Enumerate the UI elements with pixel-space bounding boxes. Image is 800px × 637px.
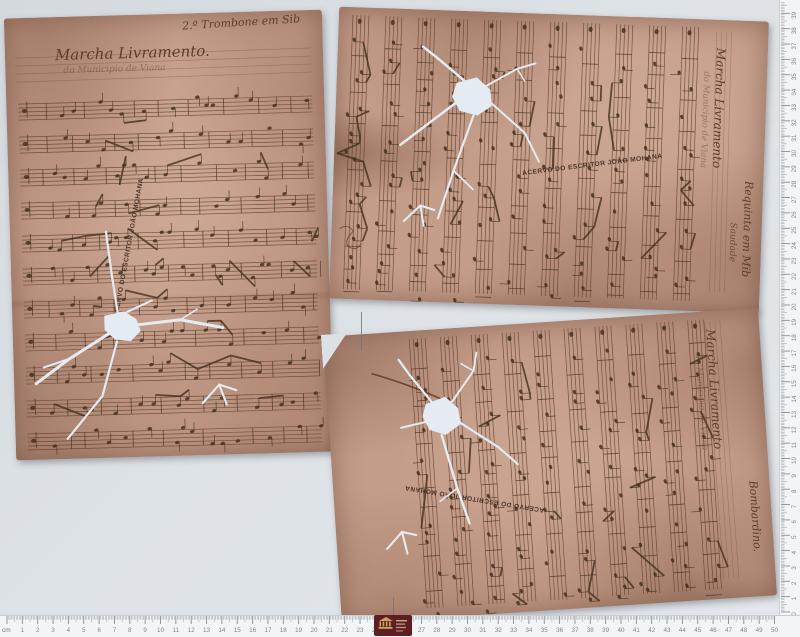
archive-logo-building-icon [374, 615, 412, 636]
part-note-top-right: Saudade [727, 222, 738, 262]
svg-text:43: 43 [664, 627, 672, 634]
svg-text:28: 28 [791, 180, 798, 188]
svg-text:37: 37 [571, 627, 579, 634]
svg-text:9: 9 [791, 474, 798, 478]
archive-stamp-bottom-right: ACERVO DO ESCRITOR JOÃO MOHANA [404, 484, 544, 513]
svg-text:47: 47 [725, 627, 733, 634]
svg-text:11: 11 [173, 627, 180, 634]
svg-text:17: 17 [791, 349, 798, 357]
svg-text:34: 34 [791, 88, 798, 96]
svg-text:31: 31 [791, 134, 798, 142]
part-label-top-right: Requinta em Mib [739, 181, 755, 278]
svg-text:29: 29 [449, 627, 457, 634]
svg-text:5: 5 [791, 535, 798, 539]
svg-text:40: 40 [617, 627, 625, 634]
svg-text:35: 35 [541, 627, 549, 634]
svg-text:15: 15 [234, 627, 242, 634]
svg-text:27: 27 [418, 627, 426, 634]
svg-text:36: 36 [791, 57, 798, 65]
svg-text:39: 39 [602, 627, 610, 634]
svg-text:4: 4 [791, 550, 798, 554]
svg-text:33: 33 [791, 103, 798, 111]
svg-text:3: 3 [791, 566, 798, 570]
svg-text:6: 6 [791, 520, 798, 524]
svg-text:35: 35 [791, 73, 798, 81]
svg-text:16: 16 [791, 364, 798, 372]
svg-text:21: 21 [326, 627, 334, 634]
archive-logo [374, 615, 412, 636]
svg-text:46: 46 [710, 627, 718, 634]
svg-text:6: 6 [97, 627, 101, 634]
svg-text:5: 5 [82, 627, 86, 634]
svg-text:12: 12 [791, 426, 798, 434]
svg-text:12: 12 [188, 627, 196, 634]
svg-text:1: 1 [791, 596, 798, 600]
svg-text:10: 10 [791, 457, 798, 465]
svg-text:19: 19 [295, 627, 303, 634]
svg-text:42: 42 [648, 627, 656, 634]
side-title-top-right: Marcha Livramento [710, 48, 728, 169]
svg-text:7: 7 [113, 627, 117, 634]
svg-text:38: 38 [587, 627, 595, 634]
svg-text:16: 16 [249, 627, 257, 634]
svg-text:37: 37 [791, 42, 798, 50]
svg-text:30: 30 [464, 627, 472, 634]
svg-text:23: 23 [357, 627, 365, 634]
svg-text:29: 29 [791, 165, 798, 173]
side-subtitle-top-right: do Municipio de Viana [698, 71, 711, 168]
svg-text:32: 32 [791, 119, 798, 127]
manuscript-page-bottom-right: Marcha Livramento do Municipio de Viana … [323, 308, 777, 624]
manuscript-page-top-right: Marcha Livramento do Municipio de Viana … [329, 7, 769, 314]
paint-splatter-left [4, 10, 334, 461]
svg-text:21: 21 [791, 288, 798, 296]
svg-text:20: 20 [791, 303, 798, 311]
svg-text:45: 45 [694, 627, 702, 634]
svg-text:7: 7 [791, 504, 798, 508]
svg-text:13: 13 [791, 410, 798, 418]
svg-text:38: 38 [791, 27, 798, 35]
svg-text:3: 3 [51, 627, 55, 634]
svg-text:10: 10 [157, 627, 165, 634]
scanned-manuscript-viewer: { "pages": { "left": { "part_label": "2.… [0, 0, 800, 637]
svg-text:28: 28 [433, 627, 441, 634]
svg-text:22: 22 [341, 627, 349, 634]
svg-text:8: 8 [128, 627, 132, 634]
page-title-left: Marcha Livramento. [55, 42, 210, 64]
thread-line [361, 312, 362, 350]
svg-text:15: 15 [791, 380, 798, 388]
svg-text:18: 18 [280, 627, 288, 634]
thread-line [393, 597, 394, 615]
svg-text:14: 14 [218, 627, 226, 634]
svg-text:49: 49 [756, 627, 764, 634]
svg-text:36: 36 [556, 627, 564, 634]
svg-text:4: 4 [67, 627, 71, 634]
svg-text:48: 48 [740, 627, 748, 634]
part-label-bottom-right: Bombardino. [746, 480, 764, 552]
svg-text:24: 24 [791, 242, 798, 250]
svg-text:31: 31 [479, 627, 487, 634]
svg-text:34: 34 [525, 627, 533, 634]
svg-text:23: 23 [791, 257, 798, 265]
svg-text:32: 32 [495, 627, 503, 634]
ruler-unit-label: cm [2, 627, 11, 634]
svg-text:27: 27 [791, 196, 798, 204]
archive-stamp-left: ACERVO DO ESCRITOR JOÃO MOHANA [113, 178, 145, 318]
svg-text:20: 20 [310, 627, 318, 634]
svg-text:0: 0 [791, 612, 798, 615]
page-subtitle-left: do Municipio de Viana [63, 63, 166, 76]
svg-text:13: 13 [203, 627, 211, 634]
svg-text:8: 8 [791, 489, 798, 493]
svg-text:1: 1 [21, 627, 25, 634]
svg-text:11: 11 [791, 441, 798, 448]
svg-text:26: 26 [791, 211, 798, 219]
manuscript-page-left: 2.º Trombone em Sib Marcha Livramento. d… [4, 10, 334, 461]
svg-text:22: 22 [791, 272, 798, 280]
right-ruler: 0123456789101112131415161718192021222324… [779, 0, 800, 615]
svg-text:17: 17 [264, 627, 272, 634]
svg-text:33: 33 [510, 627, 518, 634]
svg-text:19: 19 [791, 318, 798, 326]
svg-text:44: 44 [679, 627, 687, 634]
svg-text:50: 50 [771, 627, 779, 634]
svg-text:2: 2 [36, 627, 40, 634]
torn-corner [321, 333, 349, 369]
svg-text:14: 14 [791, 395, 798, 403]
svg-text:18: 18 [791, 334, 798, 342]
svg-text:39: 39 [791, 11, 798, 19]
svg-text:30: 30 [791, 150, 798, 158]
part-label-left: 2.º Trombone em Sib [182, 12, 301, 32]
svg-text:2: 2 [791, 581, 798, 585]
music-staves-left [4, 10, 334, 461]
svg-text:25: 25 [791, 226, 798, 234]
svg-text:41: 41 [633, 627, 641, 634]
archive-stamp-top-right: ACERVO DO ESCRITOR JOÃO MOHANA [522, 153, 663, 177]
svg-text:9: 9 [143, 627, 147, 634]
